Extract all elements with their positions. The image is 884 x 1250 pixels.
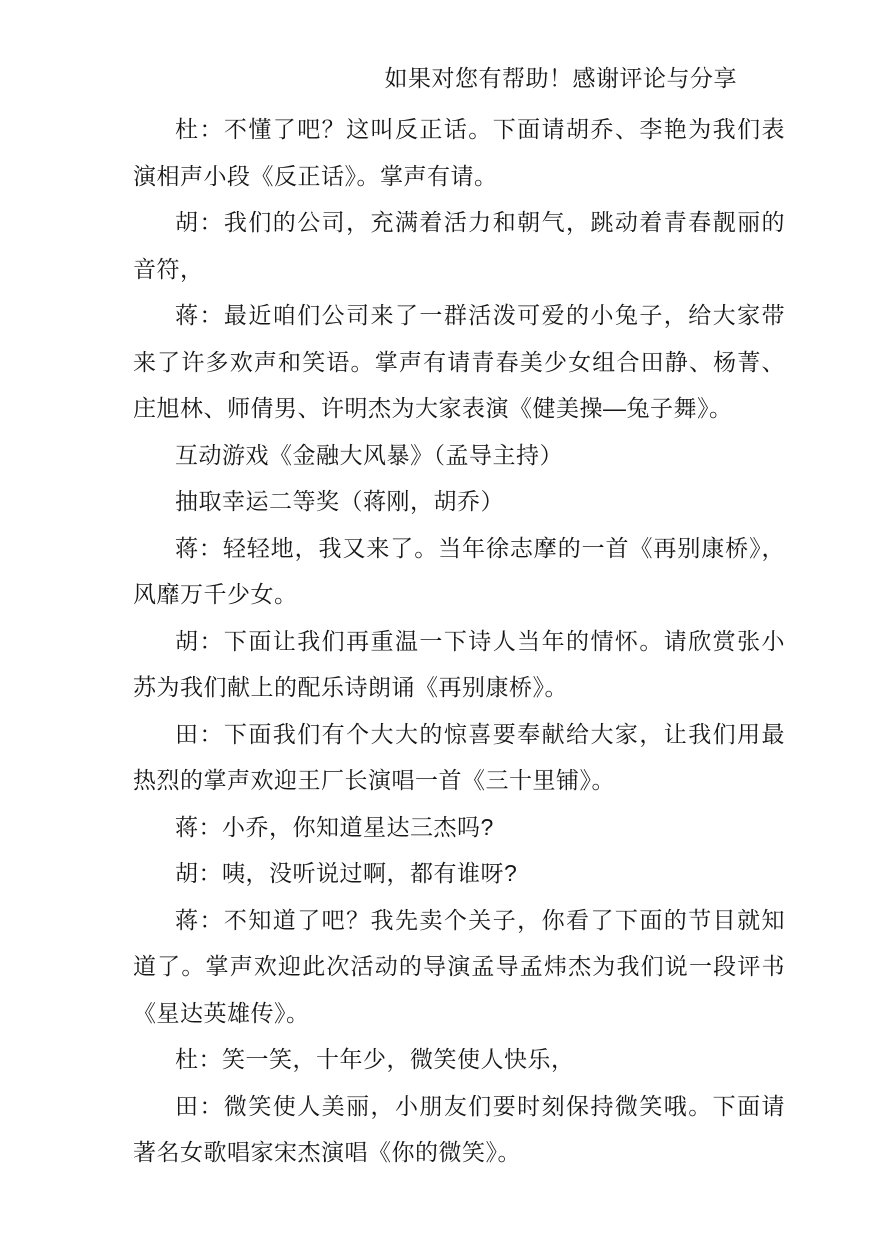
dialogue-line: 蒋：轻轻地，我又来了。当年徐志摩的一首《再别康桥》，风靡万千少女。: [133, 525, 785, 618]
dialogue-line: 胡：咦，没听说过啊，都有谁呀?: [133, 850, 785, 897]
dialogue-line: 田：微笑使人美丽，小朋友们要时刻保持微笑哦。下面请著名女歌唱家宋杰演唱《你的微笑…: [133, 1083, 785, 1176]
program-item: 互动游戏《金融大风暴》（孟导主持）: [133, 432, 785, 479]
program-item: 抽取幸运二等奖（蒋刚，胡乔）: [133, 478, 785, 525]
dialogue-line: 田：下面我们有个大大的惊喜要奉献给大家，让我们用最热烈的掌声欢迎王厂长演唱一首《…: [133, 711, 785, 804]
dialogue-line: 杜：笑一笑，十年少，微笑使人快乐，: [133, 1036, 785, 1083]
dialogue-line: 蒋：小乔，你知道星达三杰吗?: [133, 804, 785, 851]
header-note: 如果对您有帮助！感谢评论与分享: [385, 63, 738, 93]
dialogue-line: 杜：不懂了吧？这叫反正话。下面请胡乔、李艳为我们表演相声小段《反正话》。掌声有请…: [133, 106, 785, 199]
document-page: 如果对您有帮助！感谢评论与分享 杜：不懂了吧？这叫反正话。下面请胡乔、李艳为我们…: [0, 0, 884, 1250]
dialogue-line: 胡：我们的公司，充满着活力和朝气，跳动着青春靓丽的音符，: [133, 199, 785, 292]
dialogue-line: 蒋：最近咱们公司来了一群活泼可爱的小兔子，给大家带来了许多欢声和笑语。掌声有请青…: [133, 292, 785, 432]
script-body: 杜：不懂了吧？这叫反正话。下面请胡乔、李艳为我们表演相声小段《反正话》。掌声有请…: [133, 106, 785, 1176]
dialogue-line: 蒋：不知道了吧？我先卖个关子，你看了下面的节目就知道了。掌声欢迎此次活动的导演孟…: [133, 897, 785, 1037]
dialogue-line: 胡：下面让我们再重温一下诗人当年的情怀。请欣赏张小苏为我们献上的配乐诗朗诵《再别…: [133, 618, 785, 711]
